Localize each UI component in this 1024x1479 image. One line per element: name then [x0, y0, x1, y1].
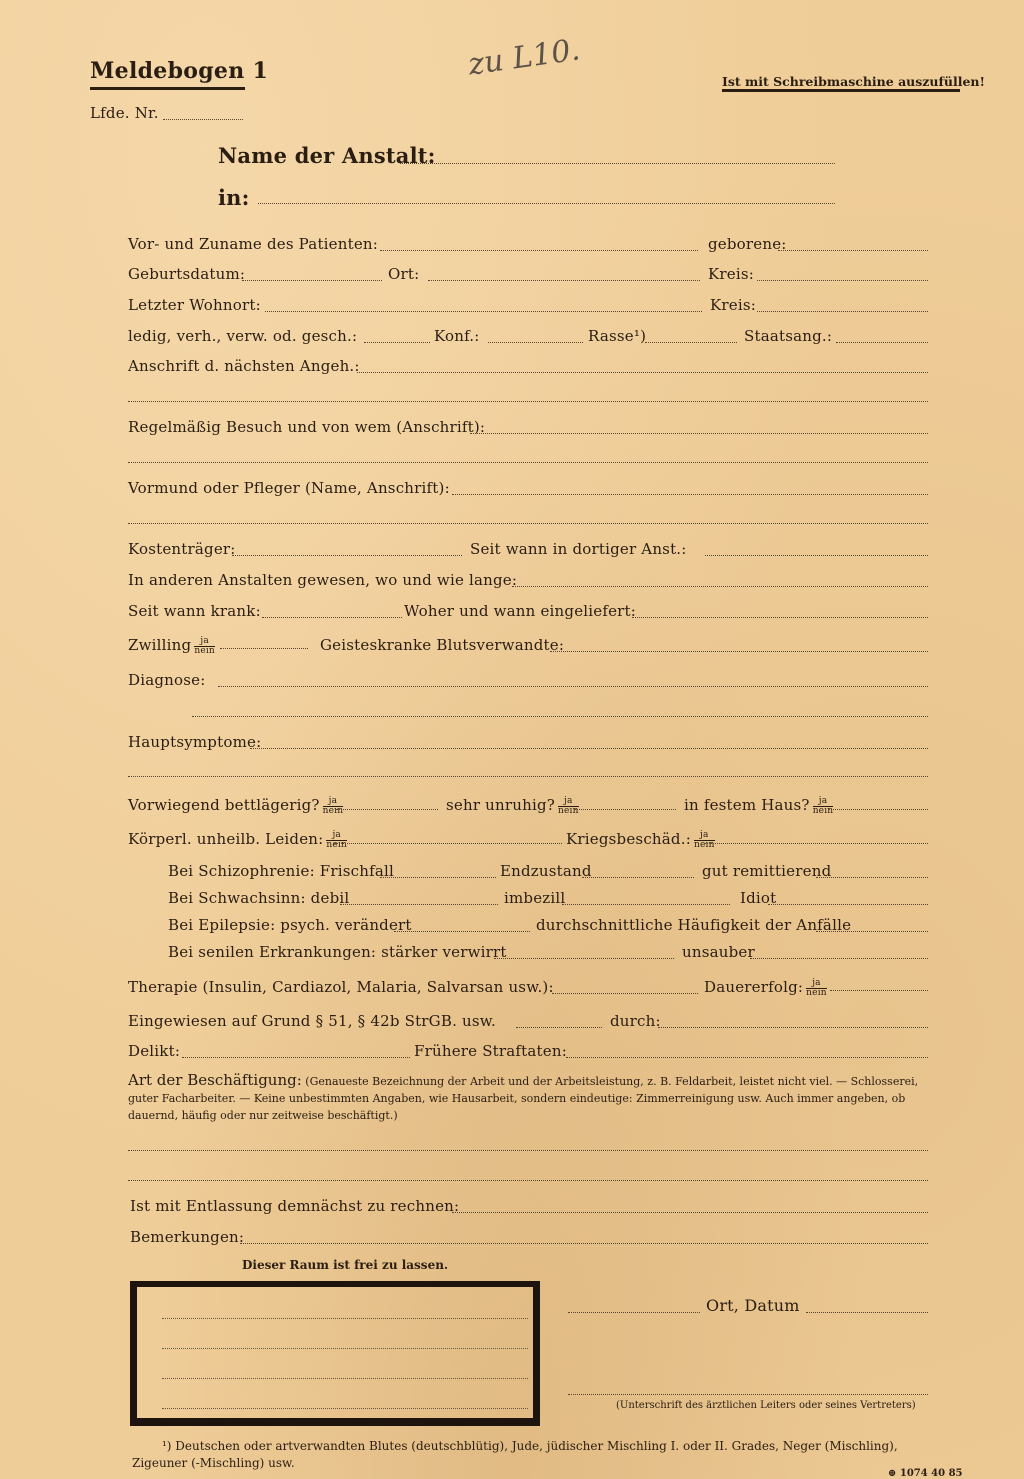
epilepsy-label: Bei Epilepsie: psych. verändert: [168, 916, 412, 934]
secure-house-label: in festem Haus?janein: [684, 796, 833, 816]
residence-district-field[interactable]: [757, 311, 928, 312]
main-symptoms-field-line2[interactable]: [128, 776, 928, 777]
birthdate-field[interactable]: [242, 280, 382, 281]
form-title: Meldebogen 1: [90, 58, 268, 84]
other-institutions-label: In anderen Anstalten gewesen, wo und wie…: [128, 571, 517, 589]
end-state-label: Endzustand: [500, 862, 592, 880]
war-injury-label: Kriegsbeschäd.:janein: [566, 830, 715, 850]
twin-field[interactable]: [220, 648, 308, 649]
birthplace-field[interactable]: [428, 280, 700, 281]
race-label: Rasse¹): [588, 327, 646, 345]
relatives-ill-label: Geisteskranke Blutsverwandte:: [320, 636, 564, 654]
regular-visit-field-line2[interactable]: [128, 462, 928, 463]
schizophrenia-fresh-field[interactable]: [380, 877, 496, 878]
place-field[interactable]: [568, 1312, 700, 1313]
birthplace-label: Ort:: [388, 265, 419, 283]
title-underline: [90, 87, 245, 90]
marital-status-field[interactable]: [364, 342, 430, 343]
occupation-block: Art der Beschäftigung: (Genaueste Bezeic…: [128, 1072, 938, 1124]
print-code: ⊕ 1074 40 85: [888, 1468, 963, 1479]
last-residence-field[interactable]: [265, 311, 702, 312]
seizure-frequency-field[interactable]: [816, 931, 928, 932]
ill-since-label: Seit wann krank:: [128, 602, 261, 620]
main-symptoms-field[interactable]: [250, 748, 928, 749]
bedridden-text: Vorwiegend bettlägerig?: [128, 796, 320, 814]
relative-address-field[interactable]: [357, 372, 928, 373]
birth-district-field[interactable]: [757, 280, 928, 281]
reserved-space-box: [130, 1281, 540, 1426]
institution-location-field[interactable]: [258, 203, 835, 204]
twin-text: Zwilling: [128, 636, 191, 654]
citizenship-field[interactable]: [836, 342, 928, 343]
admitted-from-label: Woher und wann eingeliefert:: [404, 602, 636, 620]
war-injury-field[interactable]: [704, 843, 928, 844]
race-footnote: ¹) Deutschen oder artverwandten Blutes (…: [132, 1438, 932, 1472]
race-field[interactable]: [645, 342, 737, 343]
secure-house-field[interactable]: [828, 809, 928, 810]
war-injury-yes-no: janein: [694, 831, 715, 850]
war-injury-text: Kriegsbeschäd.:: [566, 830, 691, 848]
bedridden-yes-no: janein: [323, 797, 344, 816]
regular-visit-label: Regelmäßig Besuch und von wem (Anschrift…: [128, 418, 485, 436]
guardian-field-line2[interactable]: [128, 523, 928, 524]
occupation-field-line1[interactable]: [128, 1150, 928, 1151]
diagnosis-label: Diagnose:: [128, 671, 206, 689]
therapy-field[interactable]: [552, 993, 698, 994]
lasting-success-field[interactable]: [830, 990, 928, 991]
lasting-success-label: Dauererfolg:janein: [704, 978, 827, 998]
main-symptoms-label: Hauptsymptome:: [128, 733, 261, 751]
remitting-field[interactable]: [816, 877, 928, 878]
maiden-name-label: geborene:: [708, 235, 787, 253]
relatives-ill-field[interactable]: [550, 651, 928, 652]
committed-field[interactable]: [516, 1027, 602, 1028]
since-in-institution-label: Seit wann in dortiger Anst.:: [470, 540, 687, 558]
committed-label: Eingewiesen auf Grund § 51, § 42b StrGB.…: [128, 1012, 496, 1030]
handwritten-note: zu L10.: [466, 32, 582, 82]
serial-number-label: Lfde. Nr.: [90, 104, 159, 122]
imbecile-label: imbezill: [504, 889, 565, 907]
debil-field[interactable]: [340, 904, 498, 905]
cost-bearer-label: Kostenträger:: [128, 540, 236, 558]
since-in-institution-field[interactable]: [705, 555, 928, 556]
confession-field[interactable]: [488, 342, 583, 343]
physical-illness-yes-no: janein: [326, 831, 347, 850]
idiot-field[interactable]: [768, 904, 928, 905]
seizure-frequency-label: durchschnittliche Häufigkeit der Anfälle: [536, 916, 851, 934]
remitting-label: gut remittierend: [702, 862, 831, 880]
prior-offenses-label: Frühere Straftaten:: [414, 1042, 567, 1060]
lasting-success-yes-no: janein: [806, 979, 827, 998]
committed-by-field[interactable]: [658, 1027, 928, 1028]
restless-field[interactable]: [574, 809, 676, 810]
occupation-field-line2[interactable]: [128, 1180, 928, 1181]
typewriter-instruction: Ist mit Schreibmaschine auszufüllen!: [722, 74, 985, 89]
regular-visit-field[interactable]: [470, 433, 928, 434]
feeble-minded-label: Bei Schwachsinn: debil: [168, 889, 349, 907]
relative-address-label: Anschrift d. nächsten Angeh.:: [128, 357, 360, 375]
secure-house-yes-no: janein: [813, 797, 834, 816]
birthdate-label: Geburtsdatum:: [128, 265, 245, 283]
twin-label: Zwillingjanein: [128, 636, 215, 656]
physical-illness-label: Körperl. unheilb. Leiden:janein: [128, 830, 347, 850]
remarks-field[interactable]: [240, 1243, 928, 1244]
unclean-label: unsauber: [682, 943, 755, 961]
reserved-line-4: [162, 1408, 528, 1409]
senile-confused-field[interactable]: [494, 958, 674, 959]
birth-district-label: Kreis:: [708, 265, 754, 283]
marital-status-label: ledig, verh., verw. od. gesch.:: [128, 327, 357, 345]
epilepsy-changed-field[interactable]: [394, 931, 530, 932]
admitted-from-field[interactable]: [632, 617, 928, 618]
restless-label: sehr unruhig?janein: [446, 796, 579, 816]
discharge-label: Ist mit Entlassung demnächst zu rechnen:: [130, 1197, 459, 1215]
patient-name-label: Vor- und Zuname des Patienten:: [128, 235, 378, 253]
prior-offenses-field[interactable]: [566, 1057, 928, 1058]
unclean-field[interactable]: [750, 958, 928, 959]
remarks-label: Bemerkungen:: [130, 1228, 244, 1246]
serial-number-field[interactable]: [163, 119, 243, 120]
institution-name-field[interactable]: [400, 163, 835, 164]
bedridden-label: Vorwiegend bettlägerig?janein: [128, 796, 343, 816]
cost-bearer-field[interactable]: [232, 555, 462, 556]
reserved-line-2: [162, 1348, 528, 1349]
guardian-label: Vormund oder Pfleger (Name, Anschrift):: [128, 479, 450, 497]
other-institutions-field[interactable]: [512, 586, 928, 587]
residence-district-label: Kreis:: [710, 296, 756, 314]
date-field[interactable]: [806, 1312, 928, 1313]
confession-label: Konf.:: [434, 327, 480, 345]
therapy-label: Therapie (Insulin, Cardiazol, Malaria, S…: [128, 978, 554, 996]
imbecile-field[interactable]: [562, 904, 730, 905]
occupation-label: Art der Beschäftigung:: [128, 1071, 302, 1089]
relative-address-field-line2[interactable]: [128, 401, 928, 402]
reserved-line-1: [162, 1318, 528, 1319]
bedridden-field[interactable]: [336, 809, 438, 810]
twin-yes-no: janein: [194, 637, 215, 656]
physical-illness-text: Körperl. unheilb. Leiden:: [128, 830, 323, 848]
reserved-space-title: Dieser Raum ist frei zu lassen.: [242, 1258, 448, 1272]
diagnosis-field[interactable]: [218, 686, 928, 687]
signature-field[interactable]: [568, 1394, 928, 1395]
instruction-underline: [722, 89, 960, 92]
place-date-label: Ort, Datum: [706, 1296, 800, 1315]
institution-name-label: Name der Anstalt:: [218, 143, 436, 168]
offense-field[interactable]: [182, 1057, 410, 1058]
secure-house-text: in festem Haus?: [684, 796, 810, 814]
restless-yes-no: janein: [558, 797, 579, 816]
last-residence-label: Letzter Wohnort:: [128, 296, 261, 314]
end-state-field[interactable]: [582, 877, 694, 878]
maiden-name-field[interactable]: [778, 250, 928, 251]
committed-by-label: durch:: [610, 1012, 661, 1030]
ill-since-field[interactable]: [262, 617, 402, 618]
offense-label: Delikt:: [128, 1042, 180, 1060]
lasting-success-text: Dauererfolg:: [704, 978, 803, 996]
guardian-field[interactable]: [452, 494, 928, 495]
physical-illness-field[interactable]: [334, 843, 562, 844]
discharge-field[interactable]: [452, 1212, 928, 1213]
signature-caption: (Unterschrift des ärztlichen Leiters ode…: [616, 1400, 916, 1411]
restless-text: sehr unruhig?: [446, 796, 555, 814]
senile-label: Bei senilen Erkrankungen: stärker verwir…: [168, 943, 507, 961]
schizophrenia-label: Bei Schizophrenie: Frischfall: [168, 862, 394, 880]
citizenship-label: Staatsang.:: [744, 327, 832, 345]
patient-name-field[interactable]: [380, 250, 698, 251]
institution-location-label: in:: [218, 185, 250, 210]
reserved-line-3: [162, 1378, 528, 1379]
diagnosis-field-line2[interactable]: [192, 716, 928, 717]
